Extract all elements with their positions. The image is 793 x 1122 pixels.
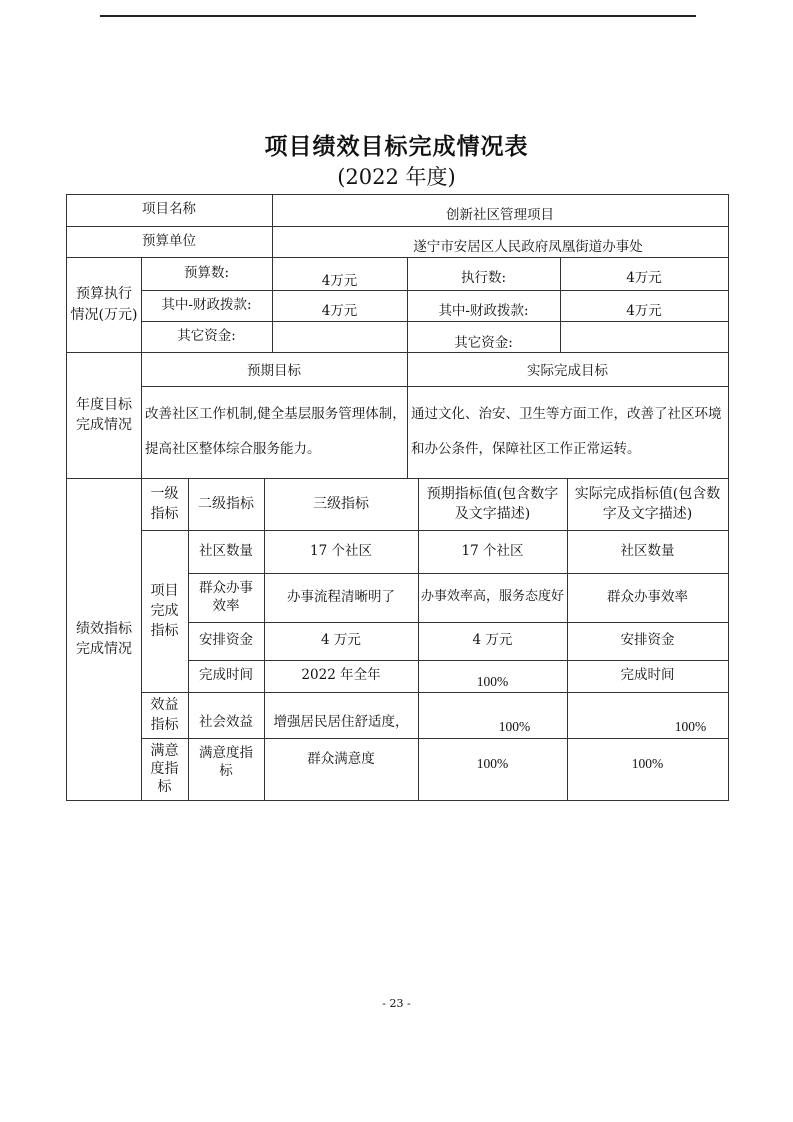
expected-target-header: 预期目标 xyxy=(141,357,407,386)
level1-project-completion: 项目完成指标 xyxy=(141,530,188,692)
table-row-expected: 100% xyxy=(418,738,567,790)
project-name-label: 项目名称 xyxy=(66,194,272,226)
table-row-expected: 办事效率高，服务态度好 xyxy=(418,573,567,622)
header-level3: 三级指标 xyxy=(264,478,418,530)
table-row-expected: 4 万元 xyxy=(418,622,567,660)
executed-label: 执行数: xyxy=(407,262,560,295)
annual-section-label: 年度目标完成情况 xyxy=(68,352,140,478)
header-level1: 一级指标 xyxy=(141,478,188,530)
table-row-level2: 社区数量 xyxy=(188,530,264,573)
table-row-level2: 群众办事效率 xyxy=(188,573,264,622)
actual-target-header: 实际完成目标 xyxy=(407,357,728,386)
budget-section-label: 预算执行情况(万元) xyxy=(68,257,140,352)
budget-amount-value: 4万元 xyxy=(272,265,407,298)
fiscal-alloc-label-exec: 其中-财政拨款: xyxy=(407,296,560,327)
table-row-level3: 17 个社区 xyxy=(264,530,418,573)
page-title: 项目绩效目标完成情况表 xyxy=(0,128,793,161)
table-row-actual: 完成时间 xyxy=(567,660,728,692)
table-row-actual: 群众办事效率 xyxy=(567,573,728,622)
table-row-actual: 安排资金 xyxy=(567,622,728,660)
level1-benefit: 效益指标 xyxy=(141,692,188,738)
fiscal-alloc-label: 其中-财政拨款: xyxy=(141,290,272,321)
actual-target-text: 通过文化、治安、卫生等方面工作，改善了社区环境和办公条件，保障社区工作正常运转。 xyxy=(408,386,728,478)
table-row-expected: 100% xyxy=(418,666,567,698)
table-row-level3: 2022 年全年 xyxy=(264,660,418,692)
executed-value: 4万元 xyxy=(560,262,728,295)
level1-satisfaction: 满意度指标 xyxy=(141,738,188,800)
table-row-level3: 4 万元 xyxy=(264,622,418,660)
table-row-level2: 满意度指标 xyxy=(188,738,264,788)
header-level2: 二级指标 xyxy=(188,478,264,530)
table-row-level3: 办事流程清晰明了 xyxy=(264,573,418,622)
header-actual-value: 实际完成指标值(包含数字及文字描述) xyxy=(567,478,728,530)
budget-unit-value: 遂宁市安居区人民政府凤凰街道办事处 xyxy=(300,232,756,263)
table-row-actual: 社区数量 xyxy=(567,530,728,573)
table-row-actual: 100% xyxy=(567,738,728,790)
header-expected-value: 预期指标值(包含数字及文字描述) xyxy=(418,478,567,530)
budget-unit-label: 预算单位 xyxy=(66,226,272,257)
expected-target-text: 改善社区工作机制,健全基层服务管理体制，提高社区整体综合服务能力。 xyxy=(142,386,407,478)
table-row-expected: 17 个社区 xyxy=(418,530,567,573)
table-row-level2: 安排资金 xyxy=(188,622,264,660)
other-funds-value xyxy=(272,321,407,352)
other-funds-label: 其它资金: xyxy=(141,321,272,352)
project-name-value: 创新社区管理项目 xyxy=(272,200,728,232)
other-funds-label-exec: 其它资金: xyxy=(407,328,560,359)
other-funds-value-exec xyxy=(560,321,728,352)
header-rule xyxy=(100,15,696,17)
table-row-level2: 完成时间 xyxy=(188,660,264,692)
table-row-level3: 群众满意度 xyxy=(264,738,418,782)
page-number: - 23 - xyxy=(0,997,793,1010)
budget-amount-label: 预算数: xyxy=(141,257,272,290)
page-subtitle: (2022 年度) xyxy=(0,161,793,191)
perf-section-label: 绩效指标完成情况 xyxy=(68,478,140,800)
